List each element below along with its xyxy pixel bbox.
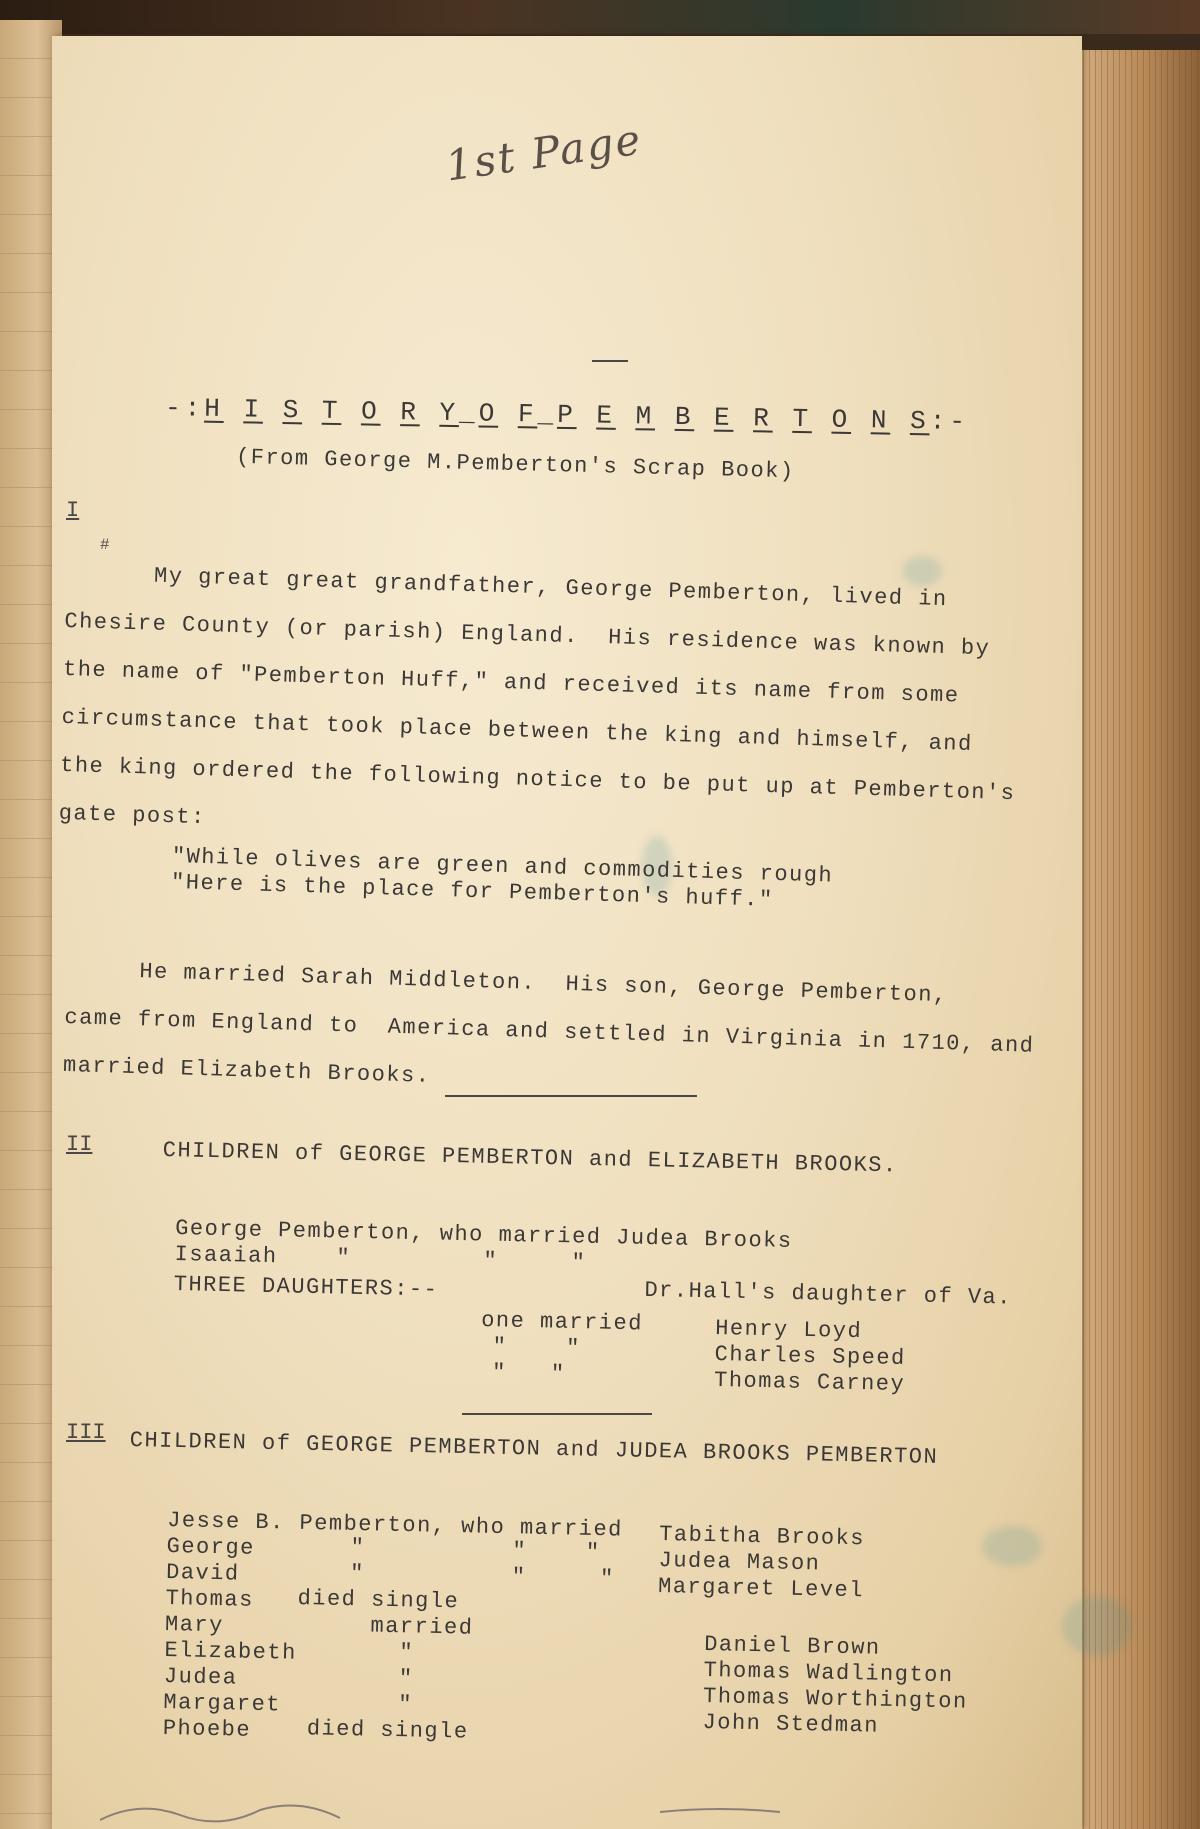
divider-mark — [592, 360, 628, 362]
section-numeral-2: II — [66, 1132, 92, 1157]
daughter-spouse: Henry Loyd — [715, 1316, 907, 1346]
daughters-spouses: Henry LoydCharles SpeedThomas Carney — [713, 1290, 907, 1424]
section-divider — [462, 1413, 652, 1415]
daughters-relations: one married" "" " — [479, 1282, 643, 1415]
daughter-spouse: Thomas Carney — [714, 1368, 906, 1398]
section-1-closing: He married Sarah Middleton. His son, Geo… — [61, 898, 1038, 1167]
child-spouse: Margaret Level — [658, 1574, 864, 1604]
pencil-scribble — [100, 1790, 1000, 1829]
section-3-status: " " "" " "died single married " " "died … — [294, 1482, 617, 1775]
section-3-spouses-lower: Daniel BrownThomas WadlingtonThomas Wort… — [702, 1606, 970, 1768]
daughter-relation: one married — [481, 1308, 643, 1337]
daughter-spouse: Charles Speed — [714, 1342, 906, 1372]
section-divider — [445, 1095, 697, 1097]
daughter-relation: " " — [480, 1334, 642, 1363]
child-status: died single — [295, 1716, 612, 1749]
daughter-relation: " " — [480, 1360, 642, 1389]
section-numeral-3: III — [66, 1420, 106, 1445]
book-top-edge — [0, 0, 1200, 34]
